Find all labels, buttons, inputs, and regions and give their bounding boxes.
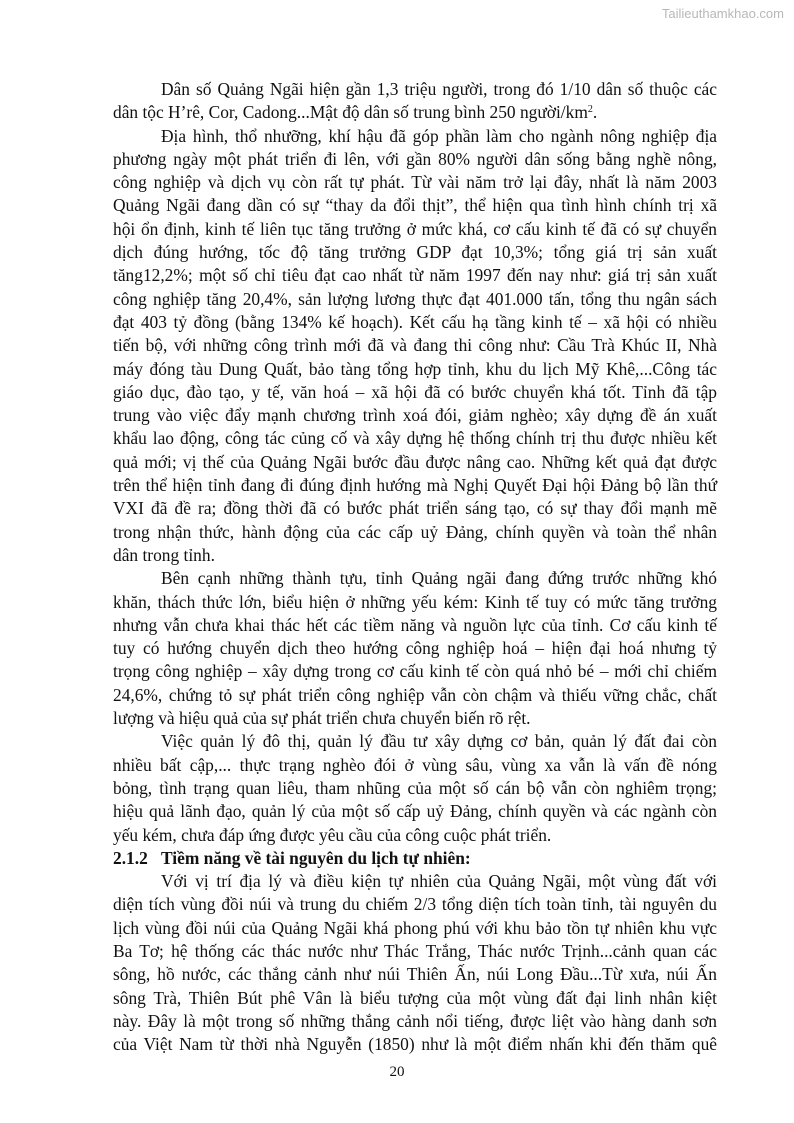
text-line: Quảng Ngãi đang dần có sự “thay da đổi t… xyxy=(113,194,717,217)
paragraph-natural-resources: Với vị trí địa lý và điều kiện tự nhiên … xyxy=(113,870,717,1056)
text-span: dân tộc H’rê, Cor, Cadong...Mật độ dân s… xyxy=(113,102,588,122)
text-line: 24,6%, chứng tỏ sự phát triển công nghiệ… xyxy=(113,684,717,707)
text-line: Việc quản lý đô thị, quản lý đầu tư xây … xyxy=(113,730,717,753)
text-line: trọng công nghiệp – xây dựng trong cơ cấ… xyxy=(113,660,717,683)
text-span: . xyxy=(593,102,597,122)
text-line: tiến bộ, với những công trình mới đã và … xyxy=(113,334,717,357)
text-line: dân tộc H’rê, Cor, Cadong...Mật độ dân s… xyxy=(113,101,717,124)
text-line: này. Đây là một trong số những thắng cản… xyxy=(113,1010,717,1033)
text-line: của Việt Nam từ thời nhà Nguyễn (1850) n… xyxy=(113,1033,717,1056)
section-number: 2.1.2 xyxy=(113,847,161,870)
text-line: sông, hồ nước, các thắng cảnh như núi Th… xyxy=(113,963,717,986)
page-number: 20 xyxy=(0,1064,794,1081)
text-line: phương ngày một phát triển đi lên, với g… xyxy=(113,148,717,171)
section-heading: 2.1.2Tiềm năng về tài nguyên du lịch tự … xyxy=(113,847,717,870)
text-line: giáo dục, đào tạo, y tế, văn hoá – xã hộ… xyxy=(113,381,717,404)
text-line: Địa hình, thổ nhưỡng, khí hậu đã góp phầ… xyxy=(113,125,717,148)
paragraph-management: Việc quản lý đô thị, quản lý đầu tư xây … xyxy=(113,730,717,846)
text-line: Bên cạnh những thành tựu, tỉnh Quảng ngã… xyxy=(113,567,717,590)
document-body: Dân số Quảng Ngãi hiện gần 1,3 triệu ngư… xyxy=(113,78,717,1056)
text-line: lượng và hiệu quả của sự phát triển chưa… xyxy=(113,707,717,730)
text-line: trung vào việc đẩy mạnh chương trình xoá… xyxy=(113,404,717,427)
paragraph-challenges: Bên cạnh những thành tựu, tỉnh Quảng ngã… xyxy=(113,567,717,730)
watermark: Tailieuthamkhao.com xyxy=(662,6,784,21)
text-line: đạt 403 tỷ đồng (bằng 134% kế hoạch). Kế… xyxy=(113,311,717,334)
text-line: Ba Tơ; hệ thống các thác nước như Thác T… xyxy=(113,940,717,963)
text-line: tuy có hướng chuyển dịch theo hướng công… xyxy=(113,637,717,660)
text-line: tăng12,2%; một số chỉ tiêu đạt cao nhất … xyxy=(113,264,717,287)
section-title: Tiềm năng về tài nguyên du lịch tự nhiên… xyxy=(161,848,471,868)
text-line: yếu kém, chưa đáp ứng được yêu cầu của c… xyxy=(113,824,717,847)
text-line: hội ổn định, kinh tế liên tục tăng trưởn… xyxy=(113,218,717,241)
text-line: trong nhận thức, hành động của các cấp u… xyxy=(113,521,717,544)
text-line: công nghiệp tăng 20,4%, sản lượng lương … xyxy=(113,288,717,311)
text-line: quả mới; vị thế của Quảng Ngãi bước đầu … xyxy=(113,451,717,474)
text-line: diện tích vùng đồi núi và trung du chiếm… xyxy=(113,893,717,916)
paragraph-terrain: Địa hình, thổ nhưỡng, khí hậu đã góp phầ… xyxy=(113,125,717,568)
text-line: nhưng vẫn chưa khai thác hết các tiềm nă… xyxy=(113,614,717,637)
text-line: công nghiệp và dịch vụ còn rất tự phát. … xyxy=(113,171,717,194)
text-line: khẩu lao động, công tác củng cố và xây d… xyxy=(113,427,717,450)
text-line: Dân số Quảng Ngãi hiện gần 1,3 triệu ngư… xyxy=(113,78,717,101)
text-line: trên thể hiện tỉnh đang đi đúng định hướ… xyxy=(113,474,717,497)
text-line: VXI đã đề ra; đồng thời đã có bước phát … xyxy=(113,497,717,520)
text-line: hiệu quả lãnh đạo, quản lý của một số cấ… xyxy=(113,800,717,823)
text-line: khăn, thách thức lớn, biểu hiện ở những … xyxy=(113,591,717,614)
text-line: máy đóng tàu Dung Quất, bảo tàng tổng hợ… xyxy=(113,358,717,381)
text-line: sông Trà, Thiên Bút phê Vân là biểu tượn… xyxy=(113,987,717,1010)
text-line: lịch vùng đồi núi của Quảng Ngãi khá pho… xyxy=(113,917,717,940)
text-line: Với vị trí địa lý và điều kiện tự nhiên … xyxy=(113,870,717,893)
text-line: dịch đúng hướng, tốc độ tăng trưởng GDP … xyxy=(113,241,717,264)
text-line: nhiều bất cập,... thực trạng nghèo đói ở… xyxy=(113,754,717,777)
text-line: bỏng, tình trạng quan liêu, tham nhũng c… xyxy=(113,777,717,800)
text-line: dân trong tỉnh. xyxy=(113,544,717,567)
paragraph-population: Dân số Quảng Ngãi hiện gần 1,3 triệu ngư… xyxy=(113,78,717,125)
